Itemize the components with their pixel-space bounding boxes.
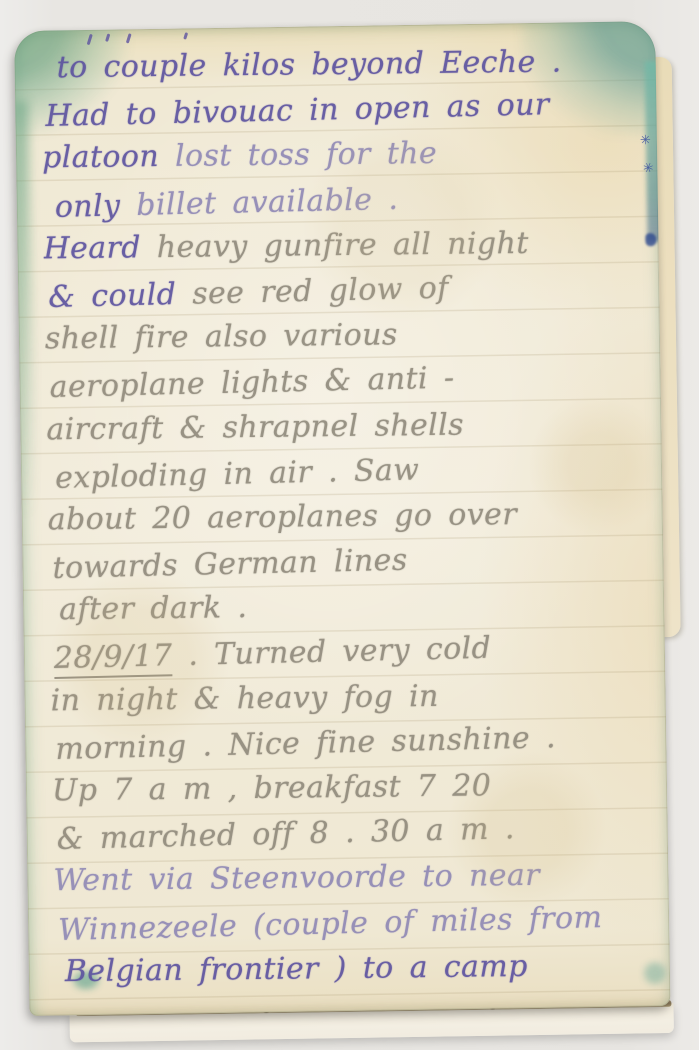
handwriting-segment: Heard [43,230,157,266]
handwriting-segment: Up 7 a m , breakfast 7 20 [52,768,492,808]
diary-page: ✳ ✳ to couple kilos beyond Eeche .Had to… [14,21,670,1016]
handwriting-segment: aircraft & shrapnel shells [46,407,464,447]
handwritten-text-block: to couple kilos beyond Eeche .Had to biv… [40,37,666,1011]
handwriting-line: Belgian frontier ) to a camp [65,942,666,994]
handwriting-segment: platoon [42,139,175,176]
handwriting-segment: to couple kilos beyond Eeche . [56,44,561,85]
handwriting-segment: towards German lines [52,543,408,586]
handwriting-segment: see red glow of [192,271,449,312]
handwriting-segment: billet available . [136,181,399,222]
handwriting-segment: Had to bivouac in open as our [45,87,550,134]
handwriting-segment: & marched off 8 . 30 a m . [56,811,515,857]
handwriting-segment: in night & heavy fog in [50,679,439,718]
green-tint-left-edge [14,101,35,521]
handwriting-segment: Winnezeele (couple of miles from [58,900,603,948]
handwriting-segment: Belgian frontier ) to a camp [65,949,528,989]
notebook-leaf: ✳ ✳ to couple kilos beyond Eeche .Had to… [14,21,678,1043]
entry-date: 28/9/17 [54,639,173,680]
handwriting-segment: after dark . [59,590,248,627]
handwriting-segment: shell fire also various [45,317,398,356]
handwriting-segment: about 20 aeroplanes go over [48,497,518,537]
handwriting-segment: & could [48,277,193,315]
handwriting-segment: exploding in air . Saw [55,452,420,496]
handwriting-segment: only [54,188,136,225]
scanned-notebook-photo: ✳ ✳ to couple kilos beyond Eeche .Had to… [0,0,699,1050]
handwriting-segment: Went via Steenvoorde to near [53,858,540,899]
handwriting-segment: morning . Nice fine sunshine . [55,720,556,767]
handwriting-segment: aeroplane lights & anti - [49,361,455,406]
handwriting-segment: . Turned very cold [172,631,492,674]
handwriting-segment: heavy gunfire all night [157,226,529,265]
handwriting-segment: lost toss for the [175,136,437,174]
